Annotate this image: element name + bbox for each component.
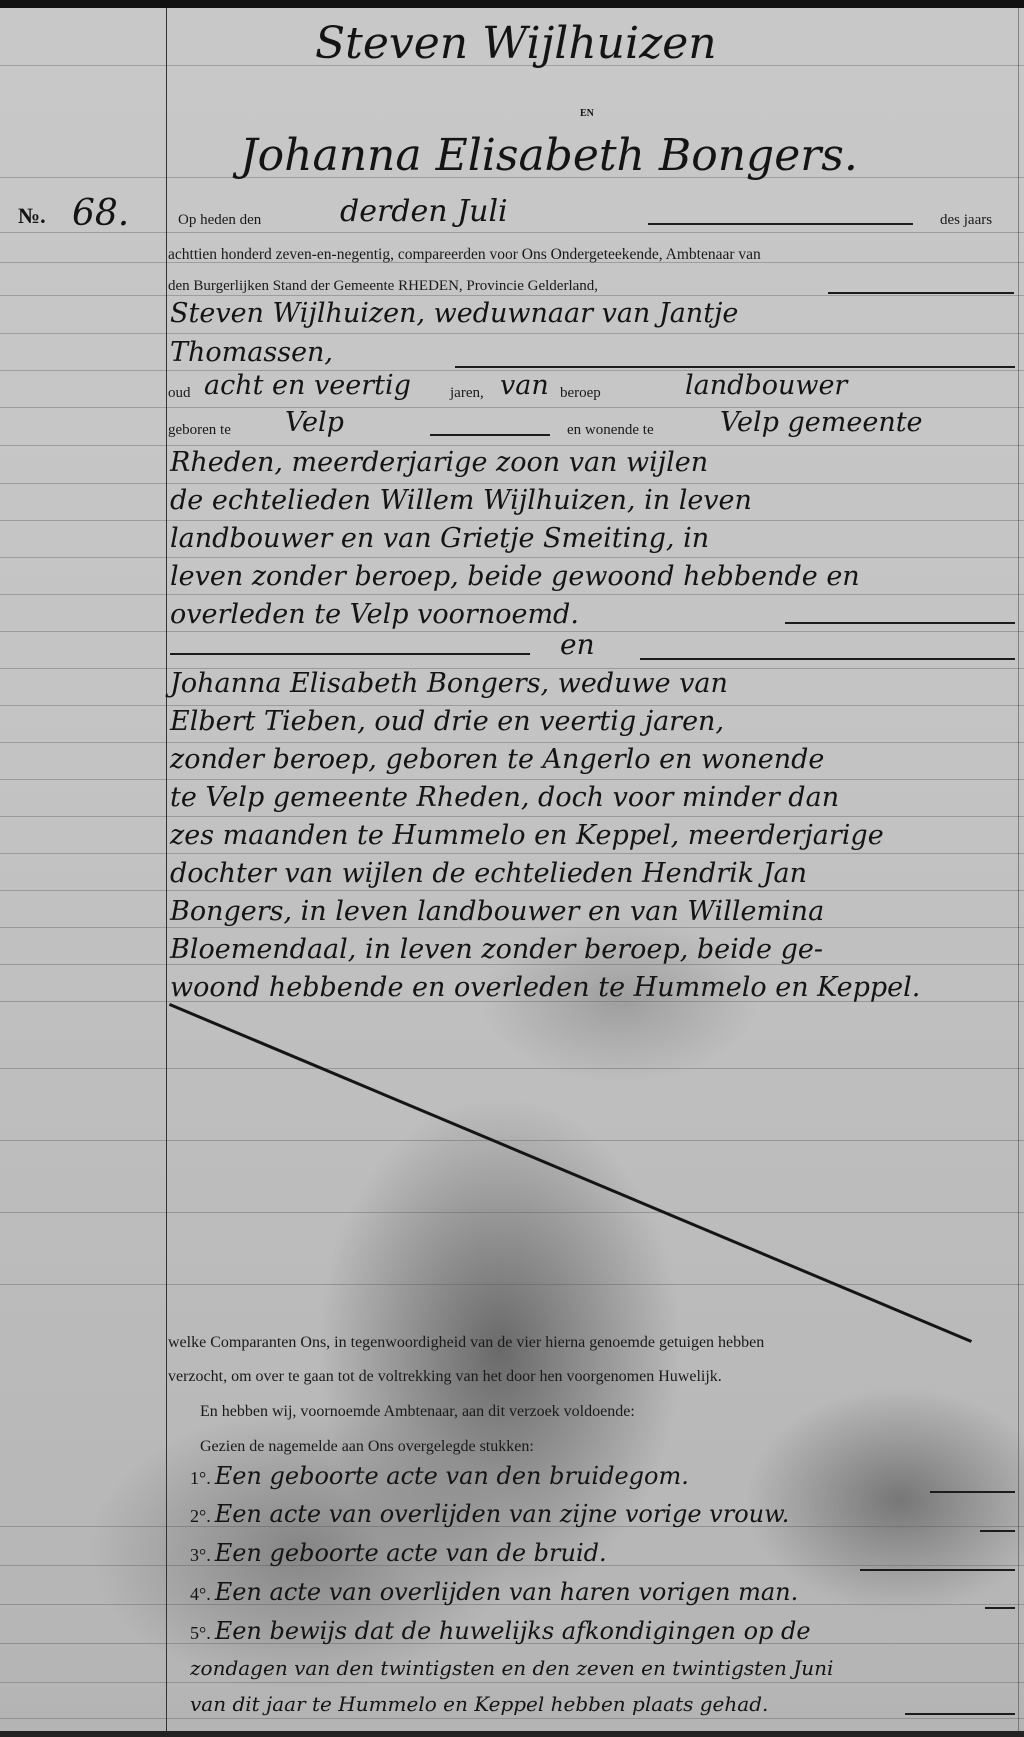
- ruled-line: [0, 631, 1024, 632]
- groom-residence: Velp gemeente: [720, 407, 923, 438]
- ruled-line: [0, 1718, 1024, 1719]
- separator-line-right: [640, 658, 1015, 660]
- bride-line-4: te Velp gemeente Rheden, doch voor minde…: [170, 782, 1014, 813]
- document-item-4: 4°.Een acte van overlijden van haren vor…: [190, 1578, 798, 1606]
- bride-line-9: woond hebbende en overleden te Hummelo e…: [170, 972, 1014, 1003]
- item-number: 2°.: [190, 1506, 211, 1526]
- ruled-line: [0, 1140, 1024, 1141]
- ruled-line: [0, 927, 1024, 928]
- fill-line: [930, 1491, 1015, 1493]
- occupation-label: beroep: [560, 385, 601, 402]
- bride-line-3: zonder beroep, geboren te Angerlo en won…: [170, 744, 1014, 775]
- item-text: Een bewijs dat de huwelijks afkondiginge…: [215, 1617, 811, 1645]
- item-number: 3°.: [190, 1545, 211, 1565]
- groom-line-6: de echtelieden Willem Wijlhuizen, in lev…: [170, 485, 1014, 516]
- request-line-1: welke Comparanten Ons, in tegenwoordighe…: [168, 1334, 764, 1352]
- ruled-line: [0, 816, 1024, 817]
- item-number: 5°.: [190, 1623, 211, 1643]
- fill-line: [828, 292, 1014, 294]
- ruled-line: [0, 1284, 1024, 1285]
- separator-en: en: [560, 628, 595, 661]
- document-scan: Steven Wijlhuizen EN Johanna Elisabeth B…: [0, 0, 1024, 1737]
- ruled-line: [0, 557, 1024, 558]
- item-text: Een acte van overlijden van zijne vorige…: [215, 1500, 790, 1528]
- right-edge-line: [1018, 8, 1019, 1733]
- groom-line-1: Steven Wijlhuizen, weduwnaar van Jantje: [170, 298, 1014, 329]
- ruled-line: [0, 853, 1024, 854]
- ruled-line: [0, 594, 1024, 595]
- fill-line: [648, 223, 913, 225]
- record-number-label: №.: [18, 203, 46, 229]
- ruled-line: [0, 333, 1024, 334]
- request-line-4: Gezien de nagemelde aan Ons overgelegde …: [200, 1438, 534, 1456]
- document-item-1: 1°.Een geboorte acte van den bruidegom.: [190, 1462, 689, 1490]
- groom-occupation: landbouwer: [685, 370, 847, 401]
- ruled-line: [0, 1068, 1024, 1069]
- item-text: Een acte van overlijden van haren vorige…: [215, 1578, 799, 1606]
- groom-birthplace: Velp: [285, 407, 344, 438]
- groom-line-7: landbouwer en van Grietje Smeiting, in: [170, 523, 1014, 554]
- ruled-line: [0, 520, 1024, 521]
- fill-line: [860, 1569, 1015, 1571]
- bride-line-8: Bloemendaal, in leven zonder beroep, bei…: [170, 934, 1014, 965]
- item-text: van dit jaar te Hummelo en Keppel hebben…: [190, 1692, 768, 1716]
- item-number: 4°.: [190, 1584, 211, 1604]
- item-number: 1°.: [190, 1468, 211, 1488]
- ruled-line: [0, 779, 1024, 780]
- document-item-3: 3°.Een geboorte acte van de bruid.: [190, 1539, 607, 1567]
- groom-line-9: overleden te Velp voornoemd.: [170, 599, 1014, 630]
- age-prefix: oud: [168, 385, 191, 402]
- ruled-line: [0, 742, 1024, 743]
- margin-line: [166, 8, 167, 1733]
- fill-line: [455, 366, 1015, 368]
- item-text: zondagen van den twintigsten en den zeve…: [190, 1656, 833, 1680]
- ruled-line: [0, 1682, 1024, 1683]
- fill-line: [785, 622, 1015, 624]
- ruled-line: [0, 890, 1024, 891]
- fill-line: [430, 434, 550, 436]
- document-item-5-cont-1: zondagen van den twintigsten en den zeve…: [190, 1656, 833, 1680]
- item-text: Een geboorte acte van den bruidegom.: [215, 1462, 689, 1490]
- document-item-5-cont-2: van dit jaar te Hummelo en Keppel hebben…: [190, 1692, 768, 1716]
- residing-label: en wonende te: [567, 422, 654, 439]
- groom-line-5: Rheden, meerderjarige zoon van wijlen: [170, 447, 1014, 478]
- separator-line-left: [170, 653, 530, 655]
- bride-name-heading: Johanna Elisabeth Bongers.: [240, 130, 858, 181]
- groom-line-2: Thomassen,: [170, 337, 1014, 368]
- ruled-line: [0, 232, 1024, 233]
- preamble-line-2: achttien honderd zeven-en-negentig, comp…: [168, 246, 761, 264]
- occupation-prefix: van: [500, 370, 549, 401]
- ruled-line: [0, 445, 1024, 446]
- request-line-2: verzocht, om over te gaan tot de voltrek…: [168, 1368, 722, 1386]
- born-label: geboren te: [168, 422, 231, 439]
- ruled-line: [0, 1212, 1024, 1213]
- heading-connector: EN: [580, 108, 594, 119]
- bride-line-5: zes maanden te Hummelo en Keppel, meerde…: [170, 820, 1014, 851]
- scan-top-edge: [0, 0, 1024, 8]
- preamble-suffix: des jaars: [940, 212, 992, 229]
- item-text: Een geboorte acte van de bruid.: [215, 1539, 607, 1567]
- ruled-line: [0, 295, 1024, 296]
- fill-line: [905, 1713, 1015, 1715]
- fill-line: [980, 1530, 1015, 1532]
- scan-bottom-edge: [0, 1731, 1024, 1737]
- document-item-5: 5°.Een bewijs dat de huwelijks afkondigi…: [190, 1617, 811, 1645]
- record-number-value: 68.: [72, 193, 129, 234]
- preamble-prefix: Op heden den: [178, 212, 261, 229]
- strike-diagonal-line: [169, 1003, 972, 1343]
- bride-line-6: dochter van wijlen de echtelieden Hendri…: [170, 858, 1014, 889]
- bride-line-1: Johanna Elisabeth Bongers, weduwe van: [170, 668, 1014, 699]
- age-suffix: jaren,: [450, 385, 484, 402]
- groom-line-8: leven zonder beroep, beide gewoond hebbe…: [170, 561, 1014, 592]
- request-line-3: En hebben wij, voornoemde Ambtenaar, aan…: [200, 1403, 635, 1421]
- preamble-line-3: den Burgerlijken Stand der Gemeente RHED…: [168, 278, 598, 295]
- marriage-date: derden Juli: [340, 194, 508, 229]
- bride-line-2: Elbert Tieben, oud drie en veertig jaren…: [170, 706, 1014, 737]
- ruled-line: [0, 483, 1024, 484]
- fill-line: [985, 1607, 1015, 1609]
- groom-name-heading: Steven Wijlhuizen: [315, 18, 717, 69]
- document-item-2: 2°.Een acte van overlijden van zijne vor…: [190, 1500, 789, 1528]
- bride-line-7: Bongers, in leven landbouwer en van Will…: [170, 896, 1014, 927]
- groom-age: acht en veertig: [204, 370, 411, 401]
